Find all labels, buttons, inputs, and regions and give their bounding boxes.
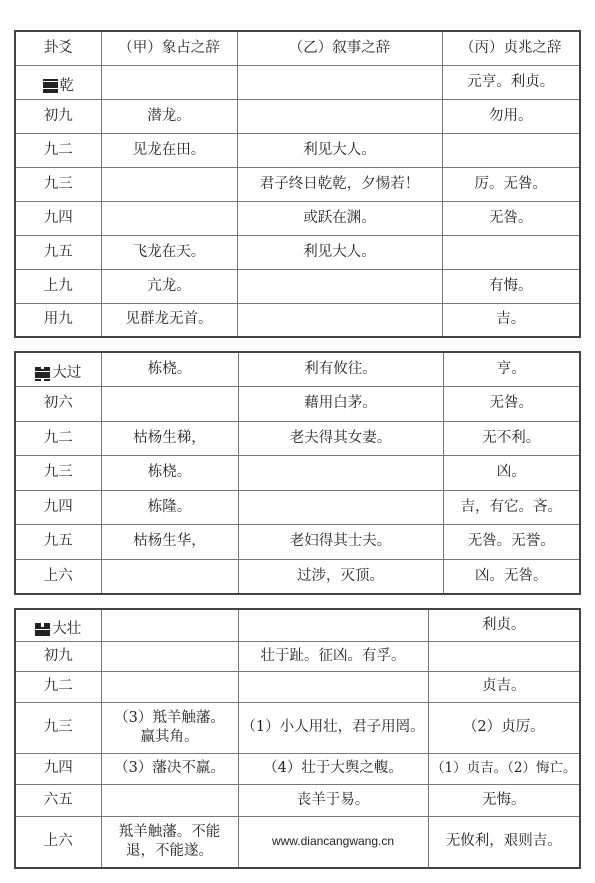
table-row: 乾 元亨。利贞。 — [15, 65, 580, 99]
table-row: 大壮 利贞。 — [15, 609, 580, 641]
watermark-text: www.diancangwang.cn — [238, 816, 428, 868]
hexagram-label: 大壮 — [35, 620, 81, 639]
table-row: 六五丧羊于易。无悔。 — [15, 784, 580, 816]
header-gua-yao: 卦爻 — [15, 31, 101, 65]
hexagram-dazhuang-icon — [35, 623, 50, 637]
dazhuang-table: 大壮 利贞。 初九壮于趾。征凶。有孚。 九二贞吉。 九三（3）羝羊触藩。赢其角。… — [14, 608, 581, 869]
table-row: 大过 栋桡。 利有攸往。 亨。 — [15, 352, 580, 387]
table-row: 九二枯杨生稊，老夫得其女妻。无不利。 — [15, 421, 580, 456]
table-row: 九三君子终日乾乾，夕惕若！厉。无咎。 — [15, 167, 580, 201]
table-row: 上六过涉，灭顶。凶。无咎。 — [15, 559, 580, 594]
table-row: 用九见群龙无首。吉。 — [15, 303, 580, 337]
header-xushi: （乙）叙事之辞 — [237, 31, 442, 65]
table-row: 上九亢龙。有悔。 — [15, 269, 580, 303]
hexagram-qian-icon — [43, 79, 58, 93]
qian-table: 卦爻 （甲）象占之辞 （乙）叙事之辞 （丙）贞兆之辞 乾 元亨。利贞。 初九潜龙… — [14, 30, 581, 338]
header-row: 卦爻 （甲）象占之辞 （乙）叙事之辞 （丙）贞兆之辞 — [15, 31, 580, 65]
table-row: 九四栋隆。吉，有它。吝。 — [15, 490, 580, 525]
header-xiangzhan: （甲）象占之辞 — [101, 31, 237, 65]
table-row: 九三栋桡。凶。 — [15, 456, 580, 491]
table-row: 初九潜龙。勿用。 — [15, 99, 580, 133]
hexagram-label: 乾 — [43, 77, 75, 96]
hexagram-daguo-icon — [35, 367, 50, 381]
table-row: 九二见龙在田。利见大人。 — [15, 133, 580, 167]
table-row: 九三（3）羝羊触藩。赢其角。（1）小人用壮，君子用罔。（2）贞厉。 — [15, 702, 580, 753]
hexagram-label: 大过 — [35, 364, 81, 383]
table-row: 上六羝羊触藩。不能退，不能遂。www.diancangwang.cn无攸利，艰则… — [15, 816, 580, 868]
daguo-table: 大过 栋桡。 利有攸往。 亨。 初六藉用白茅。无咎。 九二枯杨生稊，老夫得其女妻… — [14, 351, 581, 595]
table-row: 初六藉用白茅。无咎。 — [15, 387, 580, 422]
table-row: 九四或跃在渊。无咎。 — [15, 201, 580, 235]
table-row: 九四（3）藩决不羸。（4）壮于大舆之輹。（1）贞吉。（2）悔亡。 — [15, 753, 580, 784]
header-zhenzhao: （丙）贞兆之辞 — [442, 31, 580, 65]
table-row: 初九壮于趾。征凶。有孚。 — [15, 641, 580, 671]
table-row: 九二贞吉。 — [15, 671, 580, 702]
table-row: 九五飞龙在天。利见大人。 — [15, 235, 580, 269]
table-row: 九五枯杨生华，老妇得其士夫。无咎。无誉。 — [15, 525, 580, 560]
